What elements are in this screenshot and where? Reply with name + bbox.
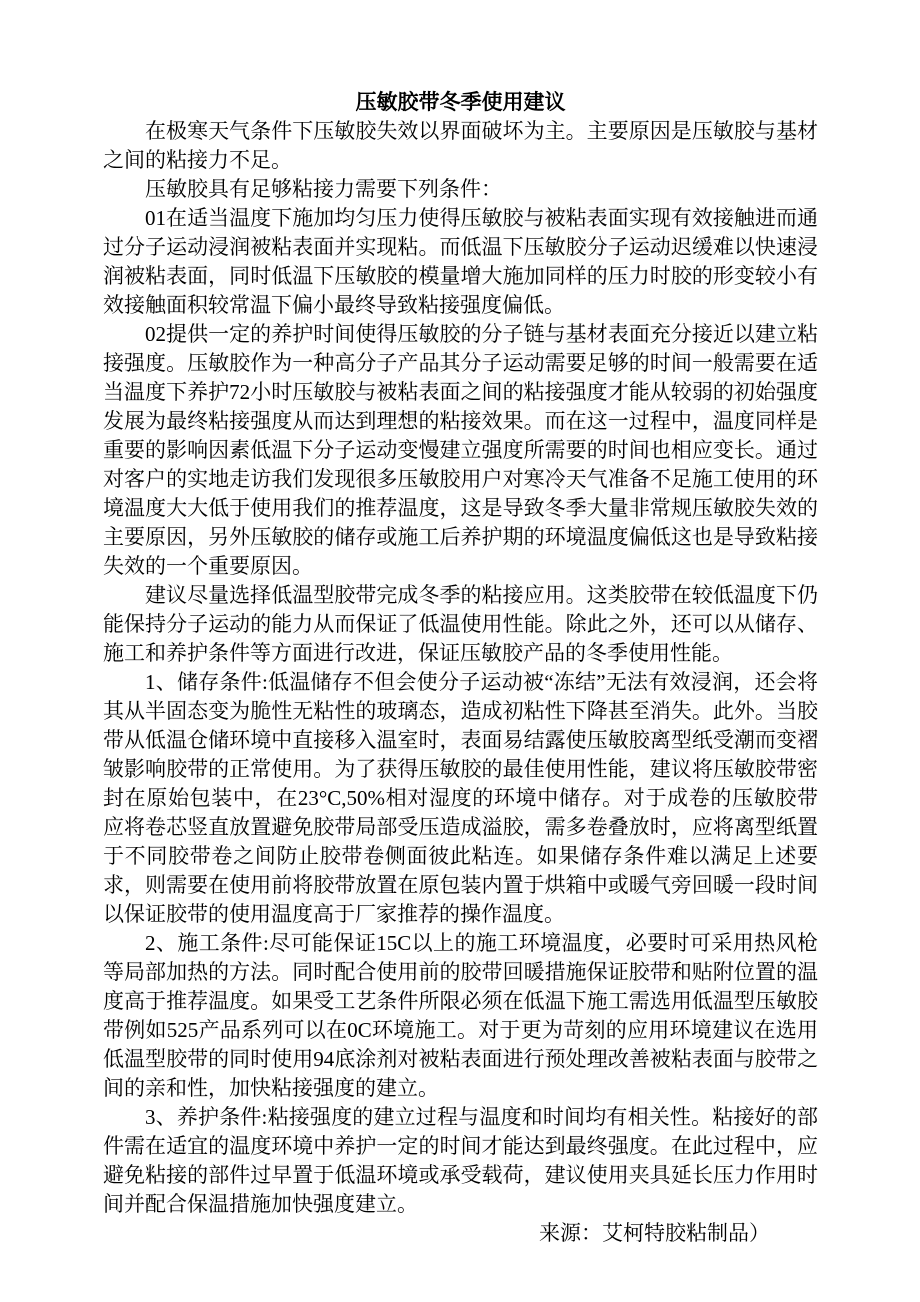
document-page: 压敏胶带冬季使用建议 在极寒天气条件下压敏胶失效以界面破坏为主。主要原因是压敏胶…: [0, 0, 920, 1302]
paragraph-condition-02: 02提供一定的养护时间使得压敏胶的分子链与基材表面充分接近以建立粘接强度。压敏胶…: [103, 320, 818, 581]
document-title: 压敏胶带冬季使用建议: [103, 88, 818, 117]
paragraph-conditions-lead: 压敏胶具有足够粘接力需要下列条件：: [103, 175, 818, 204]
paragraph-recommendation: 建议尽量选择低温型胶带完成冬季的粘接应用。这类胶带在较低温度下仍能保持分子运动的…: [103, 581, 818, 668]
paragraph-condition-01: 01在适当温度下施加均匀压力使得压敏胶与被粘表面实现有效接触进而通过分子运动浸润…: [103, 204, 818, 320]
paragraph-application-conditions: 2、施工条件:尽可能保证15C以上的施工环境温度，必要时可采用热风枪等局部加热的…: [103, 929, 818, 1103]
paragraph-storage-conditions: 1、储存条件:低温储存不但会使分子运动被“冻结”无法有效浸润，还会将其从半固态变…: [103, 668, 818, 929]
paragraph-curing-conditions: 3、养护条件:粘接强度的建立过程与温度和时间均有相关性。粘接好的部件需在适宜的温…: [103, 1103, 818, 1219]
source-attribution: 来源：艾柯特胶粘制品）: [103, 1219, 818, 1248]
paragraph-intro: 在极寒天气条件下压敏胶失效以界面破坏为主。主要原因是压敏胶与基材之间的粘接力不足…: [103, 117, 818, 175]
